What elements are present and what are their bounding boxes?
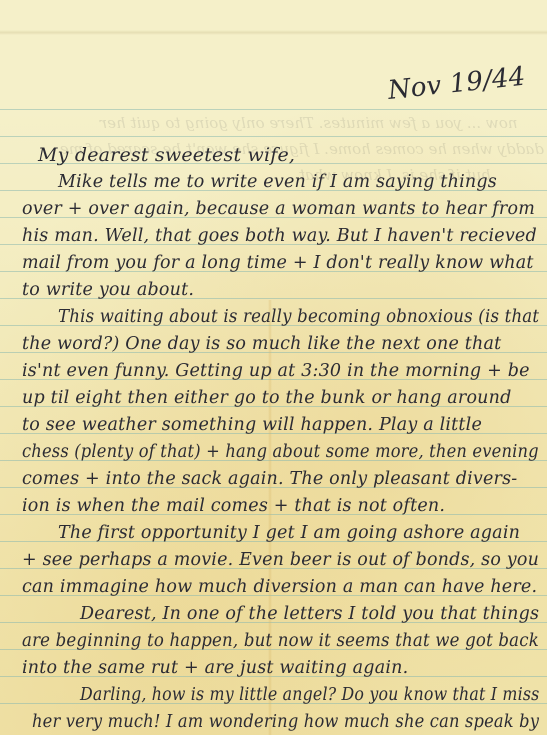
salutation: My dearest sweetest wife, — [38, 144, 295, 166]
letter-line: This waiting about is really becoming ob… — [58, 307, 539, 327]
letter-line: ion is when the mail comes + that is not… — [22, 496, 445, 516]
bleed-through-line: now ... you a few minutes. There only go… — [100, 114, 517, 132]
letter-line: is'nt even funny. Getting up at 3:30 in … — [22, 361, 530, 381]
letter-line: + see perhaps a movie. Even beer is out … — [22, 550, 539, 570]
letter-line: his man. Well, that goes both way. But I… — [22, 226, 537, 246]
letter-line: up til eight then either go to the bunk … — [22, 388, 512, 408]
letter-page: now ... you a few minutes. There only go… — [0, 0, 547, 735]
letter-line: comes + into the sack again. The only pl… — [22, 469, 517, 489]
letter-line: to write you about. — [22, 280, 194, 300]
letter-line: her very much! I am wondering how much s… — [32, 712, 539, 732]
letter-line: to see weather something will happen. Pl… — [22, 415, 482, 435]
letter-line: The first opportunity I get I am going a… — [58, 523, 520, 543]
letter-line: Dearest, In one of the letters I told yo… — [80, 604, 539, 624]
letter-line: Darling, how is my little angel? Do you … — [80, 685, 539, 705]
letter-line: Mike tells me to write even if I am sayi… — [58, 172, 497, 192]
letter-line: into the same rut + are just waiting aga… — [22, 658, 408, 678]
letter-line: mail from you for a long time + I don't … — [22, 253, 534, 273]
letter-line: can immagine how much diversion a man ca… — [22, 577, 537, 597]
letter-line: the word?) One day is so much like the n… — [22, 334, 501, 354]
paper-fold-horizontal — [0, 30, 547, 35]
letter-line: over + over again, because a woman wants… — [22, 199, 535, 219]
letter-line: are beginning to happen, but now it seem… — [22, 631, 539, 651]
letter-line: chess (plenty of that) + hang about some… — [22, 442, 539, 462]
